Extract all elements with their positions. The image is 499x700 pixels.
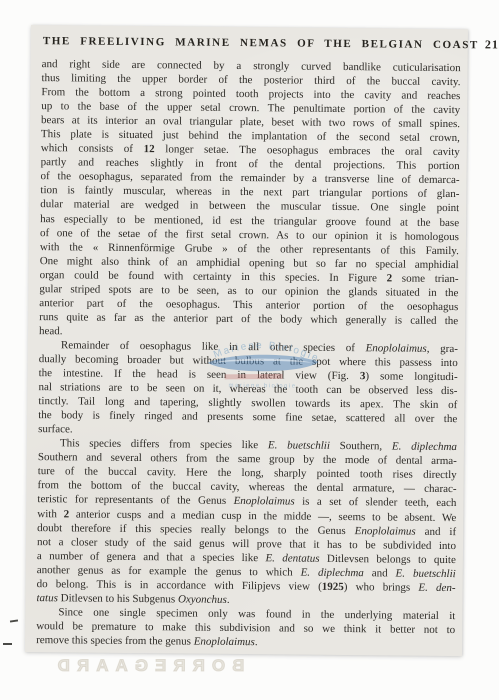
page-header: THE FREELIVING MARINE NEMAS OF THE BELGI… bbox=[31, 25, 468, 52]
text-segment: Ditlevsen belongs to quite bbox=[320, 552, 456, 565]
text-segment: and if bbox=[416, 525, 457, 537]
text-segment: which consists of bbox=[41, 142, 144, 155]
text-segment: another genus as for example the genus t… bbox=[37, 564, 301, 579]
text-segment: This species differs from species like bbox=[60, 438, 268, 452]
italic-text: E. den- bbox=[418, 581, 455, 593]
italic-text: E. diplechma bbox=[392, 441, 457, 454]
italic-text: Enoplolaimus bbox=[355, 525, 416, 538]
italic-text: Enoplolaimus bbox=[366, 342, 427, 355]
text-segment: runs quite as far as the anterior part o… bbox=[39, 311, 458, 327]
italic-text: Enoplolaimus bbox=[194, 636, 255, 649]
scanned-page: THE FREELIVING MARINE NEMAS OF THE BELGI… bbox=[25, 25, 468, 656]
italic-text: E. dentatus bbox=[265, 552, 319, 565]
text-segment: Ditlevsen to his Subgenus bbox=[58, 592, 178, 605]
paragraph: This species differs from species like E… bbox=[36, 436, 457, 609]
page-title: THE FREELIVING MARINE NEMAS OF THE BELGI… bbox=[43, 35, 479, 51]
text-segment: doubt therefore if this species really b… bbox=[37, 522, 355, 537]
italic-text: E. diplechma bbox=[301, 566, 364, 579]
text-segment: Southern, bbox=[330, 440, 392, 453]
paragraph: Remainder of oesophagus like in all othe… bbox=[38, 338, 458, 440]
text-segment: with bbox=[37, 508, 63, 520]
text-segment: , gra- bbox=[427, 343, 458, 355]
text-segment: a number of genera and that a species li… bbox=[37, 550, 266, 564]
text-segment: and bbox=[364, 567, 396, 579]
italic-text: Oxyonchus bbox=[178, 593, 227, 605]
text-segment: ) some longitudi- bbox=[365, 370, 457, 383]
paragraph: and right side are connected by a strong… bbox=[39, 57, 461, 342]
text-segment: remove this species from the genus bbox=[36, 634, 194, 648]
text-segment: ) who brings bbox=[344, 581, 419, 594]
text-segment: . bbox=[227, 594, 230, 606]
ghost-mirrored-text: BORREGAARD bbox=[30, 656, 265, 676]
bold-text: 12 bbox=[144, 143, 155, 155]
pen-mark bbox=[3, 643, 12, 645]
text-segment: do belong. This is in accordance with Fi… bbox=[37, 578, 322, 593]
text-segment: head. bbox=[39, 325, 63, 337]
pen-mark bbox=[10, 619, 18, 622]
page-number: 21 bbox=[479, 37, 499, 52]
italic-text: E. buetschlii bbox=[268, 440, 330, 453]
body-text: and right side are connected by a strong… bbox=[36, 57, 461, 651]
italic-text: E. buetschlii bbox=[396, 567, 456, 580]
text-segment: is a set of slender teeth, each bbox=[295, 496, 457, 510]
paragraph: Since one single specimen only was found… bbox=[36, 605, 455, 651]
text-segment: teristic for representants of the Genus bbox=[37, 494, 233, 508]
text-segment: surface. bbox=[38, 423, 73, 435]
text-segment: some trian- bbox=[392, 272, 459, 285]
italic-text: tatus bbox=[36, 592, 58, 604]
italic-text: Enoplolaimus bbox=[234, 495, 295, 508]
bold-text: 1925 bbox=[322, 581, 344, 593]
text-segment: . bbox=[255, 636, 258, 648]
